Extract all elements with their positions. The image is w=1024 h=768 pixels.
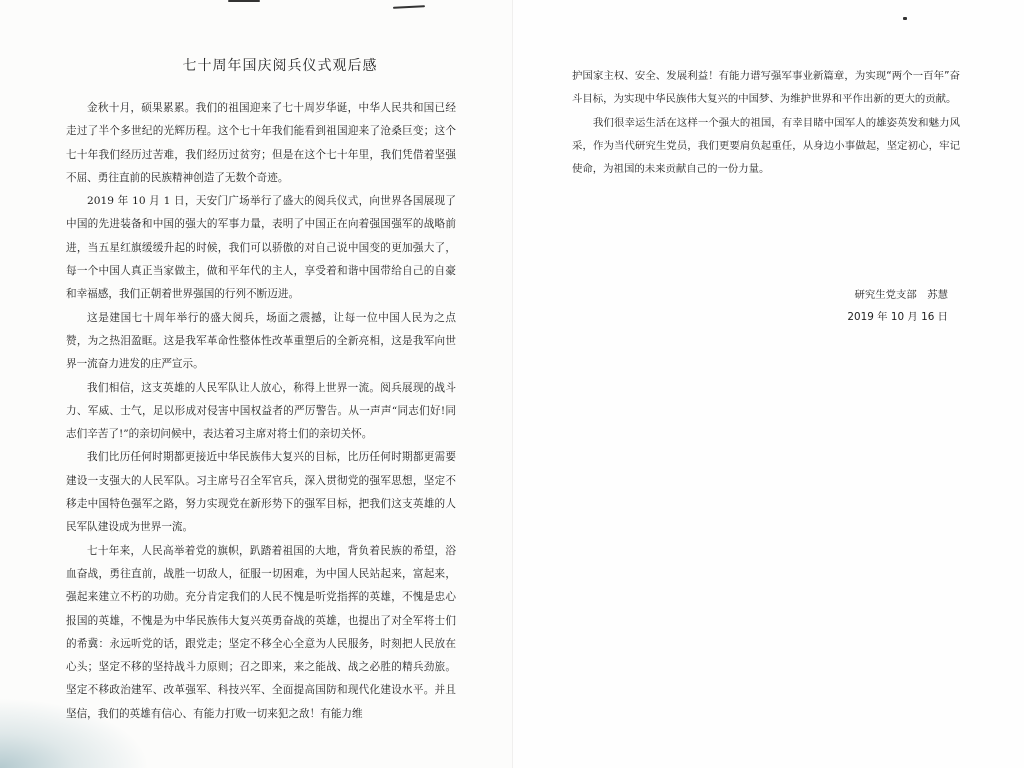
paragraph: 我们很幸运生活在这样一个强大的祖国，有幸目睹中国军人的雄姿英发和魅力风采，作为当…: [572, 112, 960, 182]
paragraph: 金秋十月，硕果累累。我们的祖国迎来了七十周岁华诞，中华人民共和国已经走过了半个多…: [66, 97, 456, 190]
paragraph: 我们比历任何时期都更接近中华民族伟大复兴的目标，比历任何时期都更需要建设一支强大…: [66, 446, 456, 539]
paragraph: 这是建国七十周年举行的盛大阅兵，场面之震撼，让每一位中国人民为之点赞，为之热泪盈…: [66, 307, 456, 377]
scan-mark: [228, 0, 260, 2]
right-page-body: 护国家主权、安全、发展利益！有能力谱写强军事业新篇章，为实现“两个一百年”奋斗目…: [572, 65, 960, 181]
left-page-body: 金秋十月，硕果累累。我们的祖国迎来了七十周岁华诞，中华人民共和国已经走过了半个多…: [66, 97, 456, 726]
paragraph: 2019 年 10 月 1 日，天安门广场举行了盛大的阅兵仪式，向世界各国展现了…: [66, 190, 456, 306]
paragraph: 我们相信，这支英雄的人民军队让人放心，称得上世界一流。阅兵展现的战斗力、军威、士…: [66, 377, 456, 447]
signature-date: 2019 年 10 月 16 日: [847, 306, 948, 328]
signature-block: 研究生党支部 苏慧 2019 年 10 月 16 日: [847, 284, 948, 328]
paragraph-continuation: 护国家主权、安全、发展利益！有能力谱写强军事业新篇章，为实现“两个一百年”奋斗目…: [572, 65, 960, 112]
signature-author: 研究生党支部 苏慧: [847, 284, 948, 306]
paragraph: 七十年来，人民高举着党的旗帜，趴踏着祖国的大地，背负着民族的希望，浴血奋战，勇往…: [66, 540, 456, 726]
scan-mark: [903, 17, 907, 20]
document-title: 七十周年国庆阅兵仪式观后感: [60, 55, 500, 75]
left-page: 七十周年国庆阅兵仪式观后感 金秋十月，硕果累累。我们的祖国迎来了七十周岁华诞，中…: [0, 0, 512, 768]
